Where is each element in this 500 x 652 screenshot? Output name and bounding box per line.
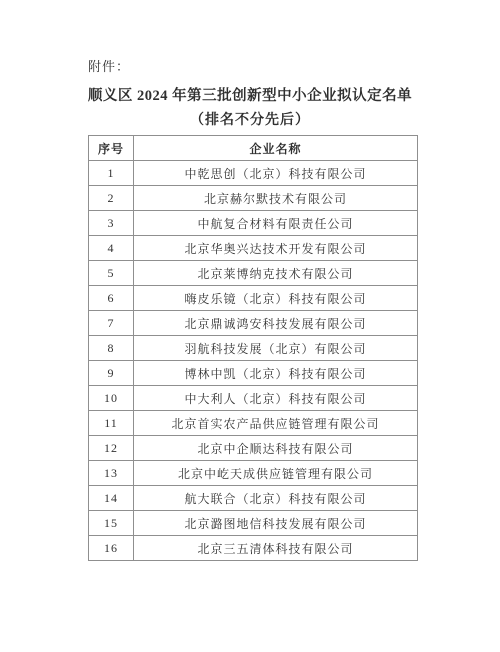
row-index: 1 — [89, 161, 134, 186]
row-index: 5 — [89, 261, 134, 286]
row-index: 11 — [89, 411, 134, 436]
company-name: 北京鼎诚鸿安科技发展有限公司 — [134, 311, 418, 336]
table-row: 4北京华奥兴达技术开发有限公司 — [89, 236, 418, 261]
table-row: 6嗨皮乐镜（北京）科技有限公司 — [89, 286, 418, 311]
row-index: 15 — [89, 511, 134, 536]
attachment-label: 附件： — [88, 56, 130, 75]
company-name: 北京赫尔默技术有限公司 — [134, 186, 418, 211]
row-index: 9 — [89, 361, 134, 386]
row-index: 14 — [89, 486, 134, 511]
company-table: 序号 企业名称 1中乾思创（北京）科技有限公司2北京赫尔默技术有限公司3中航复合… — [88, 135, 418, 561]
table-row: 16北京三五清体科技有限公司 — [89, 536, 418, 561]
company-name: 北京首实农产品供应链管理有限公司 — [134, 411, 418, 436]
page-subtitle: （排名不分先后） — [0, 109, 500, 129]
table-row: 5北京莱博纳克技术有限公司 — [89, 261, 418, 286]
header-company-name: 企业名称 — [134, 136, 418, 161]
company-name: 北京潞图地信科技发展有限公司 — [134, 511, 418, 536]
company-name: 航大联合（北京）科技有限公司 — [134, 486, 418, 511]
table-header: 序号 企业名称 — [89, 136, 418, 161]
row-index: 3 — [89, 211, 134, 236]
table-header-row: 序号 企业名称 — [89, 136, 418, 161]
company-name: 中大利人（北京）科技有限公司 — [134, 386, 418, 411]
document-page: 附件： 顺义区 2024 年第三批创新型中小企业拟认定名单 （排名不分先后） 序… — [0, 0, 500, 652]
company-name: 北京莱博纳克技术有限公司 — [134, 261, 418, 286]
table-row: 13北京中屹天成供应链管理有限公司 — [89, 461, 418, 486]
row-index: 10 — [89, 386, 134, 411]
company-name: 北京中屹天成供应链管理有限公司 — [134, 461, 418, 486]
company-name: 嗨皮乐镜（北京）科技有限公司 — [134, 286, 418, 311]
table-row: 2北京赫尔默技术有限公司 — [89, 186, 418, 211]
table-row: 10中大利人（北京）科技有限公司 — [89, 386, 418, 411]
header-index: 序号 — [89, 136, 134, 161]
company-name: 中乾思创（北京）科技有限公司 — [134, 161, 418, 186]
table-row: 11北京首实农产品供应链管理有限公司 — [89, 411, 418, 436]
table-row: 15北京潞图地信科技发展有限公司 — [89, 511, 418, 536]
row-index: 8 — [89, 336, 134, 361]
row-index: 12 — [89, 436, 134, 461]
row-index: 4 — [89, 236, 134, 261]
company-name: 北京中企顺达科技有限公司 — [134, 436, 418, 461]
table-row: 8羽航科技发展（北京）有限公司 — [89, 336, 418, 361]
row-index: 13 — [89, 461, 134, 486]
table-row: 9博林中凯（北京）科技有限公司 — [89, 361, 418, 386]
company-name: 羽航科技发展（北京）有限公司 — [134, 336, 418, 361]
company-name: 博林中凯（北京）科技有限公司 — [134, 361, 418, 386]
table-row: 14航大联合（北京）科技有限公司 — [89, 486, 418, 511]
row-index: 7 — [89, 311, 134, 336]
table-row: 12北京中企顺达科技有限公司 — [89, 436, 418, 461]
table-row: 3中航复合材料有限责任公司 — [89, 211, 418, 236]
row-index: 6 — [89, 286, 134, 311]
table-body: 1中乾思创（北京）科技有限公司2北京赫尔默技术有限公司3中航复合材料有限责任公司… — [89, 161, 418, 561]
row-index: 2 — [89, 186, 134, 211]
company-name: 北京三五清体科技有限公司 — [134, 536, 418, 561]
table-row: 1中乾思创（北京）科技有限公司 — [89, 161, 418, 186]
company-name: 中航复合材料有限责任公司 — [134, 211, 418, 236]
page-title: 顺义区 2024 年第三批创新型中小企业拟认定名单 — [0, 84, 500, 105]
company-name: 北京华奥兴达技术开发有限公司 — [134, 236, 418, 261]
row-index: 16 — [89, 536, 134, 561]
table-row: 7北京鼎诚鸿安科技发展有限公司 — [89, 311, 418, 336]
